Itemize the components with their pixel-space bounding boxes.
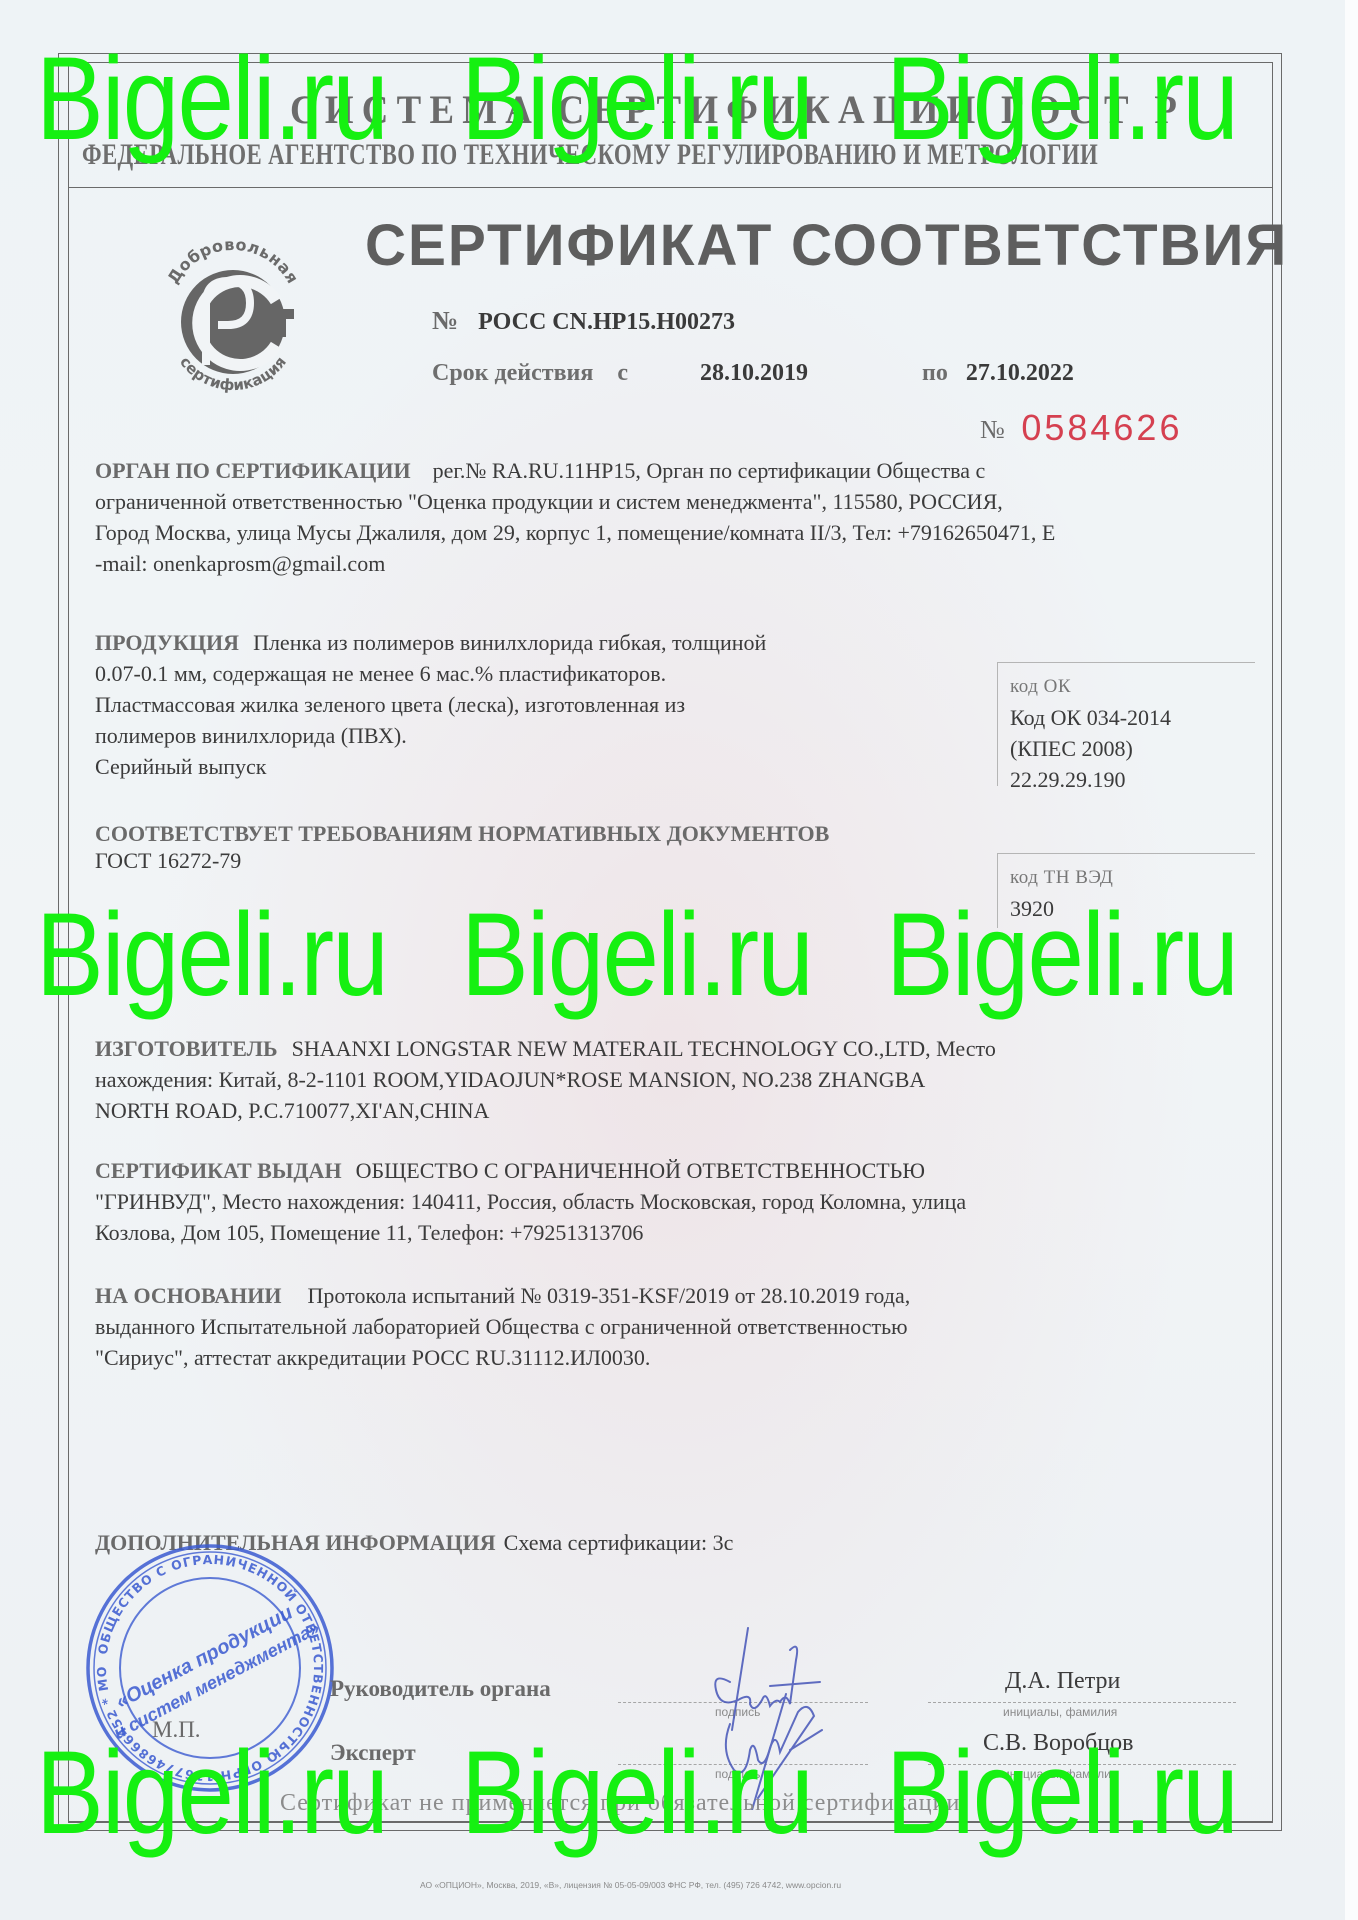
- from-label: с: [617, 360, 628, 386]
- section-product: ПРОДУКЦИЯПленка из полимеров винилхлорид…: [95, 627, 995, 782]
- section-manufacturer: ИЗГОТОВИТЕЛЬSHAANXI LONGSTAR NEW MATERAI…: [95, 1033, 1225, 1126]
- section-issued-to: СЕРТИФИКАТ ВЫДАНОБЩЕСТВО С ОГРАНИЧЕННОЙ …: [95, 1155, 1225, 1248]
- head-name: Д.А. Петри: [1005, 1668, 1120, 1695]
- section-line: ОБЩЕСТВО С ОГРАНИЧЕННОЙ ОТВЕТСТВЕННОСТЬЮ: [356, 1158, 925, 1183]
- printer-fineprint: АО «ОПЦИОН», Москва, 2019, «В», лицензия…: [420, 1880, 841, 1890]
- section-line: 0.07-0.1 мм, содержащая не менее 6 мас.%…: [95, 658, 995, 689]
- section-label: СЕРТИФИКАТ ВЫДАН: [95, 1158, 342, 1183]
- section-line: ограниченной ответственностью "Оценка пр…: [95, 486, 1225, 517]
- section-line: Город Москва, улица Мусы Джалиля, дом 29…: [95, 517, 1225, 548]
- head-name-caption: инициалы, фамилия: [1003, 1705, 1117, 1719]
- number-sign: №: [432, 306, 458, 335]
- watermark-text: Bigeli.ru: [461, 896, 827, 1014]
- section-line: Козлова, Дом 105, Помещение 11, Телефон:…: [95, 1217, 1225, 1248]
- serial-sign: №: [980, 415, 1005, 444]
- section-line: нахождения: Китай, 8-2-1101 ROOM,YIDAOJU…: [95, 1064, 1225, 1095]
- ok-code-line: 22.29.29.190: [1010, 764, 1255, 795]
- certificate-number-value: РОСС CN.НР15.Н00273: [478, 309, 735, 335]
- watermark-row: Bigeli.ru Bigeli.ru Bigeli.ru: [36, 1734, 1336, 1852]
- valid-to: по 27.10.2022: [922, 360, 1074, 387]
- watermark-text: Bigeli.ru: [461, 1734, 827, 1852]
- watermark-text: Bigeli.ru: [36, 896, 402, 1014]
- section-line: -mail: onenkaprosm@gmail.com: [95, 548, 1225, 579]
- section-line: полимеров винилхлорида (ПВХ).: [95, 720, 995, 751]
- valid-from-date: 28.10.2019: [700, 360, 808, 386]
- ok-code-box: код ОК Код ОК 034-2014 (КПЕС 2008) 22.29…: [997, 662, 1255, 786]
- section-conformity: СООТВЕТСТВУЕТ ТРЕБОВАНИЯМ НОРМАТИВНЫХ ДО…: [95, 820, 995, 874]
- certificate-number: № РОСС CN.НР15.Н00273: [432, 306, 735, 336]
- section-line: NORTH ROAD, P.C.710077,XI'AN,CHINA: [95, 1095, 1225, 1126]
- watermark-text: Bigeli.ru: [886, 40, 1252, 158]
- section-label: СООТВЕТСТВУЕТ ТРЕБОВАНИЯМ НОРМАТИВНЫХ ДО…: [95, 821, 829, 846]
- section-line: рег.№ RA.RU.11НР15, Орган по сертификаци…: [433, 458, 986, 483]
- ok-code-line: Код ОК 034-2014: [1010, 702, 1255, 733]
- validity-label: Срок действия с: [432, 360, 628, 387]
- blank-serial: № 0584626: [980, 405, 1182, 447]
- section-line: Пластмассовая жилка зеленого цвета (леск…: [95, 689, 995, 720]
- section-basis: НА ОСНОВАНИИПротокола испытаний № 0319-3…: [95, 1280, 1225, 1373]
- serial-number: 0584626: [1021, 407, 1182, 448]
- section-label: ОРГАН ПО СЕРТИФИКАЦИИ: [95, 458, 411, 483]
- valid-from: 28.10.2019: [700, 360, 808, 387]
- watermark-row: Bigeli.ru Bigeli.ru Bigeli.ru: [36, 896, 1336, 1014]
- section-label: ИЗГОТОВИТЕЛЬ: [95, 1036, 278, 1061]
- head-name-line: [928, 1702, 1236, 1703]
- watermark-text: Bigeli.ru: [886, 1734, 1252, 1852]
- to-label: по: [922, 360, 948, 386]
- section-line: Пленка из полимеров винилхлорида гибкая,…: [253, 630, 766, 655]
- watermark-text: Bigeli.ru: [461, 40, 827, 158]
- page-edge: [1345, 0, 1358, 1920]
- section-line: "ГРИНВУД", Место нахождения: 140411, Рос…: [95, 1186, 1225, 1217]
- watermark-row: Bigeli.ru Bigeli.ru Bigeli.ru: [36, 40, 1336, 158]
- watermark-text: Bigeli.ru: [886, 896, 1252, 1014]
- head-role: Руководитель органа: [330, 1676, 551, 1702]
- section-line: ГОСТ 16272-79: [95, 847, 995, 874]
- ok-code-caption: код ОК: [1010, 671, 1255, 702]
- section-certification-body: ОРГАН ПО СЕРТИФИКАЦИИрег.№ RA.RU.11НР15,…: [95, 455, 1225, 579]
- watermark-text: Bigeli.ru: [36, 1734, 402, 1852]
- section-line: SHAANXI LONGSTAR NEW MATERAIL TECHNOLOGY…: [292, 1036, 996, 1061]
- section-label: ПРОДУКЦИЯ: [95, 630, 239, 655]
- section-line: Серийный выпуск: [95, 751, 995, 782]
- watermark-text: Bigeli.ru: [36, 40, 402, 158]
- validity-label-text: Срок действия: [432, 360, 593, 386]
- section-line: выданного Испытательной лабораторией Общ…: [95, 1311, 1225, 1342]
- header-divider: [68, 187, 1273, 188]
- section-line: Протокола испытаний № 0319-351-KSF/2019 …: [308, 1283, 911, 1308]
- valid-to-date: 27.10.2022: [966, 360, 1074, 386]
- section-line: Схема сертификации: 3с: [504, 1530, 734, 1555]
- rst-logo-icon: Добровольная сертификация: [148, 225, 318, 395]
- section-line: "Сириус", аттестат аккредитации РОСС RU.…: [95, 1342, 1225, 1373]
- section-label: НА ОСНОВАНИИ: [95, 1283, 282, 1308]
- document-title: СЕРТИФИКАТ СООТВЕТСТВИЯ: [365, 212, 1288, 279]
- ok-code-line: (КПЕС 2008): [1010, 733, 1255, 764]
